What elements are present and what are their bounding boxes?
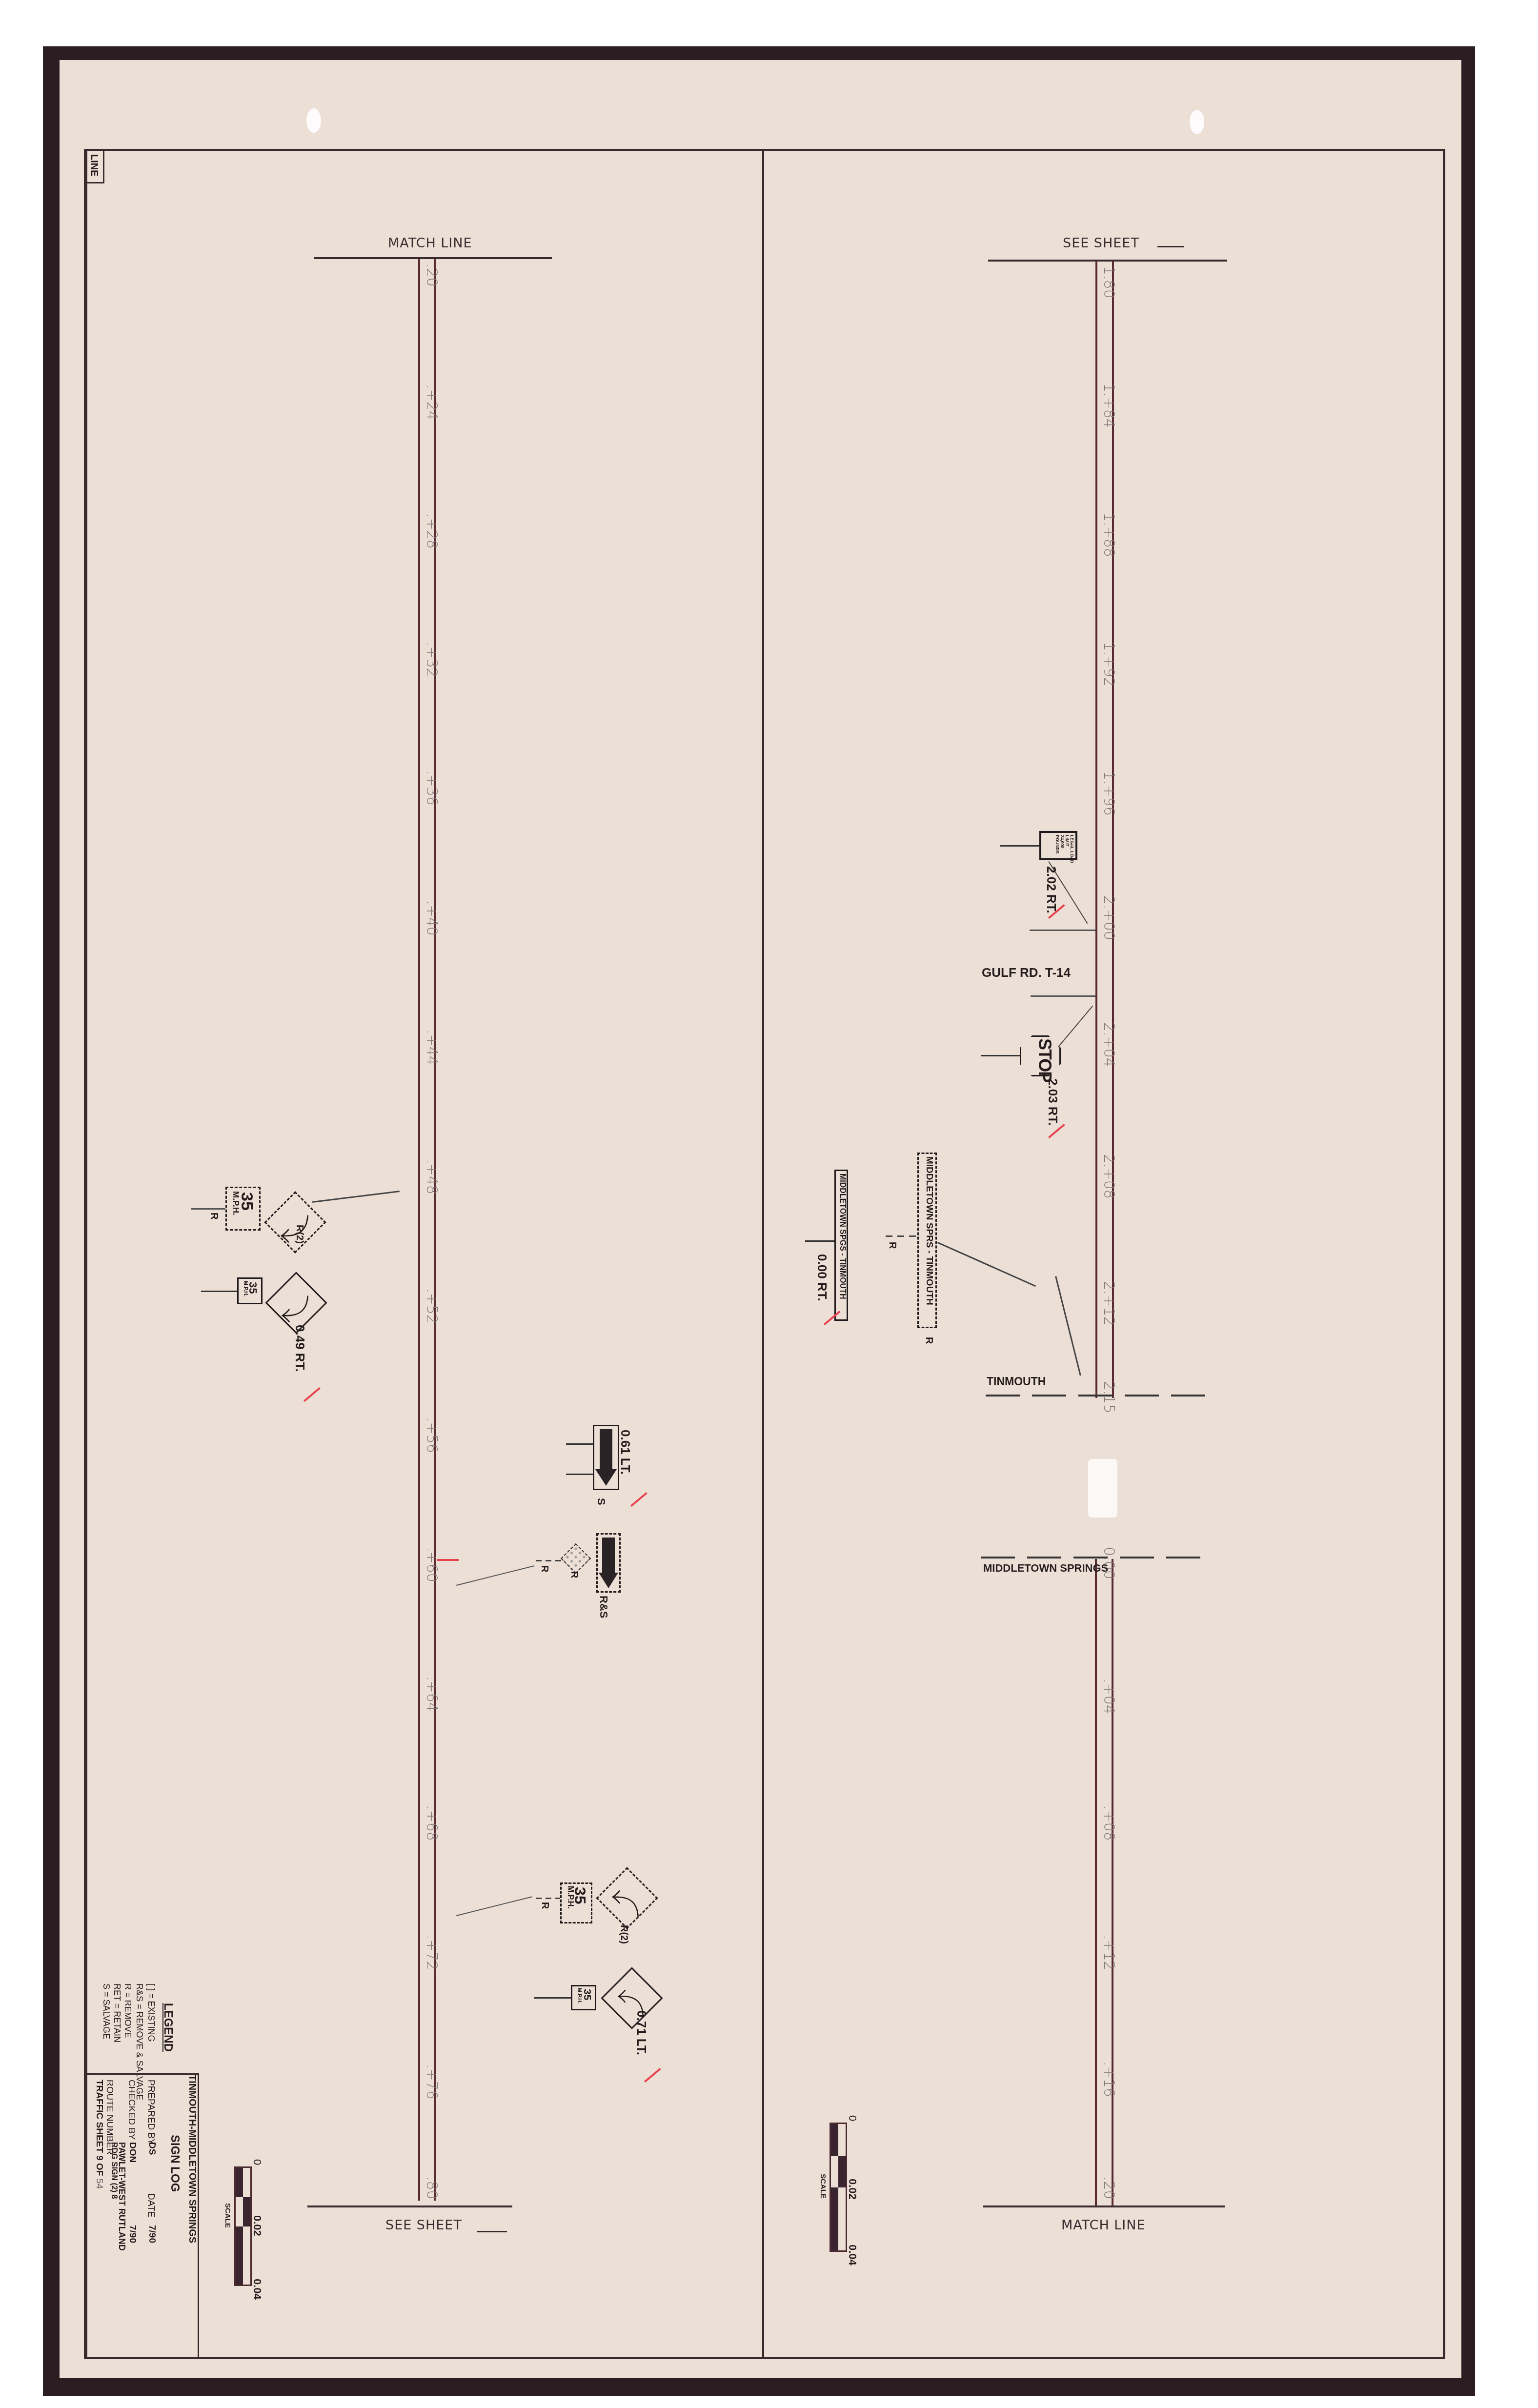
town-line-text: MIDDLETOWN SPRS - TINMOUTH — [924, 1156, 934, 1305]
station-label: .+36 — [423, 770, 440, 806]
legend-title: LEGEND — [161, 2003, 175, 2052]
sign-location: 2.02 RT. — [1044, 866, 1059, 913]
speed-unit: M.P.H. — [576, 1988, 582, 2003]
station-label: .20 — [423, 263, 440, 287]
sign-location: 2.03 RT. — [1045, 1078, 1060, 1126]
station-label: .+68 — [423, 1805, 440, 1841]
sign-status: R&S — [597, 1596, 610, 1618]
punch-hole — [306, 108, 321, 133]
station-label: 2.+04 — [1100, 1022, 1117, 1067]
station-label: .+08 — [1100, 1805, 1117, 1841]
station-label: .+48 — [423, 1159, 440, 1194]
one-way-sign-proposed[interactable] — [593, 1425, 619, 1490]
stop-sign-text: STOP — [1034, 1038, 1055, 1082]
checked-date-value: 7/90 — [127, 2225, 138, 2243]
speed-plate-existing[interactable]: 35 M.P.H. — [560, 1882, 592, 1923]
date-value: 7/90 — [146, 2225, 157, 2243]
crossroad-edge — [1031, 995, 1095, 997]
station-label: .+64 — [423, 1676, 440, 1712]
crossroad-edge — [1030, 930, 1095, 931]
road-centerline-right-lower — [1095, 1559, 1113, 2206]
sign-post — [1000, 845, 1039, 847]
prepared-by-label: PREPARED BY — [145, 2080, 156, 2145]
speed-plate-existing[interactable]: 35 M.P.H. — [225, 1187, 261, 1231]
match-line-label: MATCH LINE — [388, 236, 472, 251]
sign-post — [566, 1443, 593, 1445]
scale-tick: 0.02 — [846, 2179, 859, 2200]
station-label: .+60 — [423, 1547, 440, 1582]
station-label: 1.+84 — [1100, 383, 1117, 428]
route-label: ROUTE NUMBER — [104, 2080, 115, 2155]
curve-left-arrow-icon: ⤵ — [606, 1890, 647, 1918]
sign-location: 0.71 LT. — [634, 2010, 649, 2055]
speed-plate-proposed[interactable]: 35 M.P.H. — [571, 1985, 596, 2010]
sheet-number: TRAFFIC SHEET 9 OF 54 — [94, 2080, 104, 2189]
station-label: .+32 — [423, 642, 440, 677]
sign-status: R — [923, 1337, 934, 1344]
drawing-frame — [84, 149, 1445, 2359]
sign-post — [201, 1291, 237, 1292]
station-label: 2.15 — [1100, 1381, 1117, 1414]
scale-bar — [830, 2123, 847, 2252]
sign-status: S — [595, 1498, 607, 1505]
sign-status: R(2) — [294, 1225, 305, 1244]
station-label: 2.+00 — [1100, 895, 1117, 940]
station-label: .+56 — [423, 1417, 440, 1453]
station-label: 2.+12 — [1100, 1281, 1117, 1326]
see-sheet-blank — [477, 2231, 507, 2232]
station-label: .+52 — [423, 1288, 440, 1324]
legal-load-limit-sign[interactable]: LEGAL LOAD LIMIT 24,000 POUNDS — [1039, 831, 1077, 860]
scale-tick: 0.02 — [251, 2215, 263, 2236]
scale-tick: 0 — [251, 2159, 263, 2165]
corner-tab-label: LINE — [88, 154, 100, 177]
sign-location: 0.49 RT. — [292, 1325, 307, 1372]
scale-tick: 0.04 — [846, 2245, 859, 2266]
sign-post — [191, 1208, 225, 1210]
scale-bar — [234, 2166, 252, 2286]
match-line — [983, 2206, 1225, 2207]
post-status: R — [539, 1565, 550, 1572]
post-status: R — [539, 1902, 550, 1909]
see-sheet-line — [307, 2206, 512, 2207]
town-line-label: TINMOUTH — [987, 1375, 1046, 1388]
scale-label: SCALE — [819, 2174, 827, 2199]
checked-by-value: DON — [127, 2142, 138, 2163]
station-label: 1.+88 — [1100, 512, 1117, 557]
legend-item: S = SALVAGE — [101, 1983, 111, 2039]
road-centerline-left — [418, 259, 436, 2201]
station-label: .+12 — [1100, 1935, 1117, 1970]
sign-post — [566, 1474, 593, 1475]
match-line-label: MATCH LINE — [1061, 2218, 1146, 2233]
town-line-dashed — [981, 1557, 1203, 1558]
town-line-label: MIDDLETOWN SPRINGS — [983, 1563, 1108, 1574]
curve-right-arrow-icon: ⤵ — [276, 1295, 317, 1323]
legend-item: R = REMOVE — [122, 1983, 133, 2038]
road-centerline-right-upper — [1095, 261, 1114, 1398]
station-label: .80 — [423, 2176, 440, 2200]
see-sheet-label: SEE SHEET — [1063, 236, 1139, 251]
scale-label: SCALE — [223, 2203, 232, 2228]
speed-plate-proposed[interactable]: 35 M.P.H. — [237, 1277, 263, 1304]
station-label: .+44 — [423, 1030, 440, 1065]
station-label: 1.80 — [1100, 266, 1117, 299]
red-markup — [437, 1559, 459, 1561]
one-way-sign-existing[interactable] — [596, 1533, 621, 1593]
crossroad-label: GULF RD. T-14 — [982, 965, 1071, 980]
legend-item: [ ] = EXISTING — [146, 1983, 156, 2042]
station-label: .+28 — [423, 513, 440, 549]
station-label: .+04 — [1100, 1679, 1117, 1714]
station-label: .+76 — [423, 2064, 440, 2100]
sign-post — [536, 1560, 564, 1561]
whiteout-patch — [1088, 1459, 1117, 1518]
legend-item: RET = RETAIN — [112, 1983, 122, 2043]
station-label: 1.+92 — [1100, 642, 1117, 687]
station-label: .+40 — [423, 900, 440, 936]
station-label: .+16 — [1100, 2062, 1117, 2097]
sign-post — [981, 1055, 1020, 1056]
panel-divider — [762, 151, 764, 2357]
checked-by-label: CHECKED BY — [126, 2080, 137, 2140]
sign-location: 0.00 RT. — [814, 1254, 830, 1301]
sign-post — [886, 1235, 917, 1237]
scale-tick: 0.04 — [251, 2279, 263, 2300]
see-sheet-blank — [1157, 246, 1184, 247]
prepared-by-value: DS — [146, 2142, 157, 2155]
project-title: TINMOUTH-MIDDLETOWN SPRINGS — [186, 2075, 198, 2243]
station-label: .20 — [1100, 2176, 1117, 2200]
marker-status: R — [568, 1571, 580, 1578]
station-label: 2.+08 — [1100, 1154, 1117, 1199]
legal-load-text: LEGAL LOAD LIMIT 24,000 POUNDS — [1055, 835, 1074, 863]
sign-post — [534, 1997, 571, 1999]
sheet-title: SIGN LOG — [168, 2135, 182, 2192]
sign-status: R(2) — [618, 1925, 629, 1944]
speed-unit: M.P.H. — [566, 1886, 574, 1909]
scale-tick: 0 — [846, 2115, 859, 2121]
station-label: .+24 — [423, 384, 440, 420]
speed-unit: M.P.H. — [231, 1191, 241, 1215]
speed-value: 35 — [581, 1989, 593, 2000]
punch-hole — [1190, 110, 1204, 134]
sign-location: 0.61 LT. — [618, 1430, 633, 1475]
station-label: 1.+96 — [1100, 771, 1117, 816]
station-label: .+72 — [423, 1935, 440, 1970]
sign-post — [805, 1240, 834, 1242]
date-label: DATE — [145, 2193, 156, 2217]
corner-tab: LINE — [85, 150, 104, 183]
route-value: PAWLET-WEST RUTLAND — [117, 2142, 127, 2251]
town-line-text: MIDDLETOWN SPGS - TINMOUTH — [838, 1174, 847, 1299]
town-line-dashed — [986, 1395, 1205, 1396]
speed-unit: M.P.H. — [243, 1281, 248, 1296]
sign-post — [536, 1898, 560, 1899]
see-sheet-label: SEE SHEET — [385, 2218, 462, 2233]
post-status: R — [887, 1242, 898, 1249]
post-status: R — [208, 1213, 220, 1219]
